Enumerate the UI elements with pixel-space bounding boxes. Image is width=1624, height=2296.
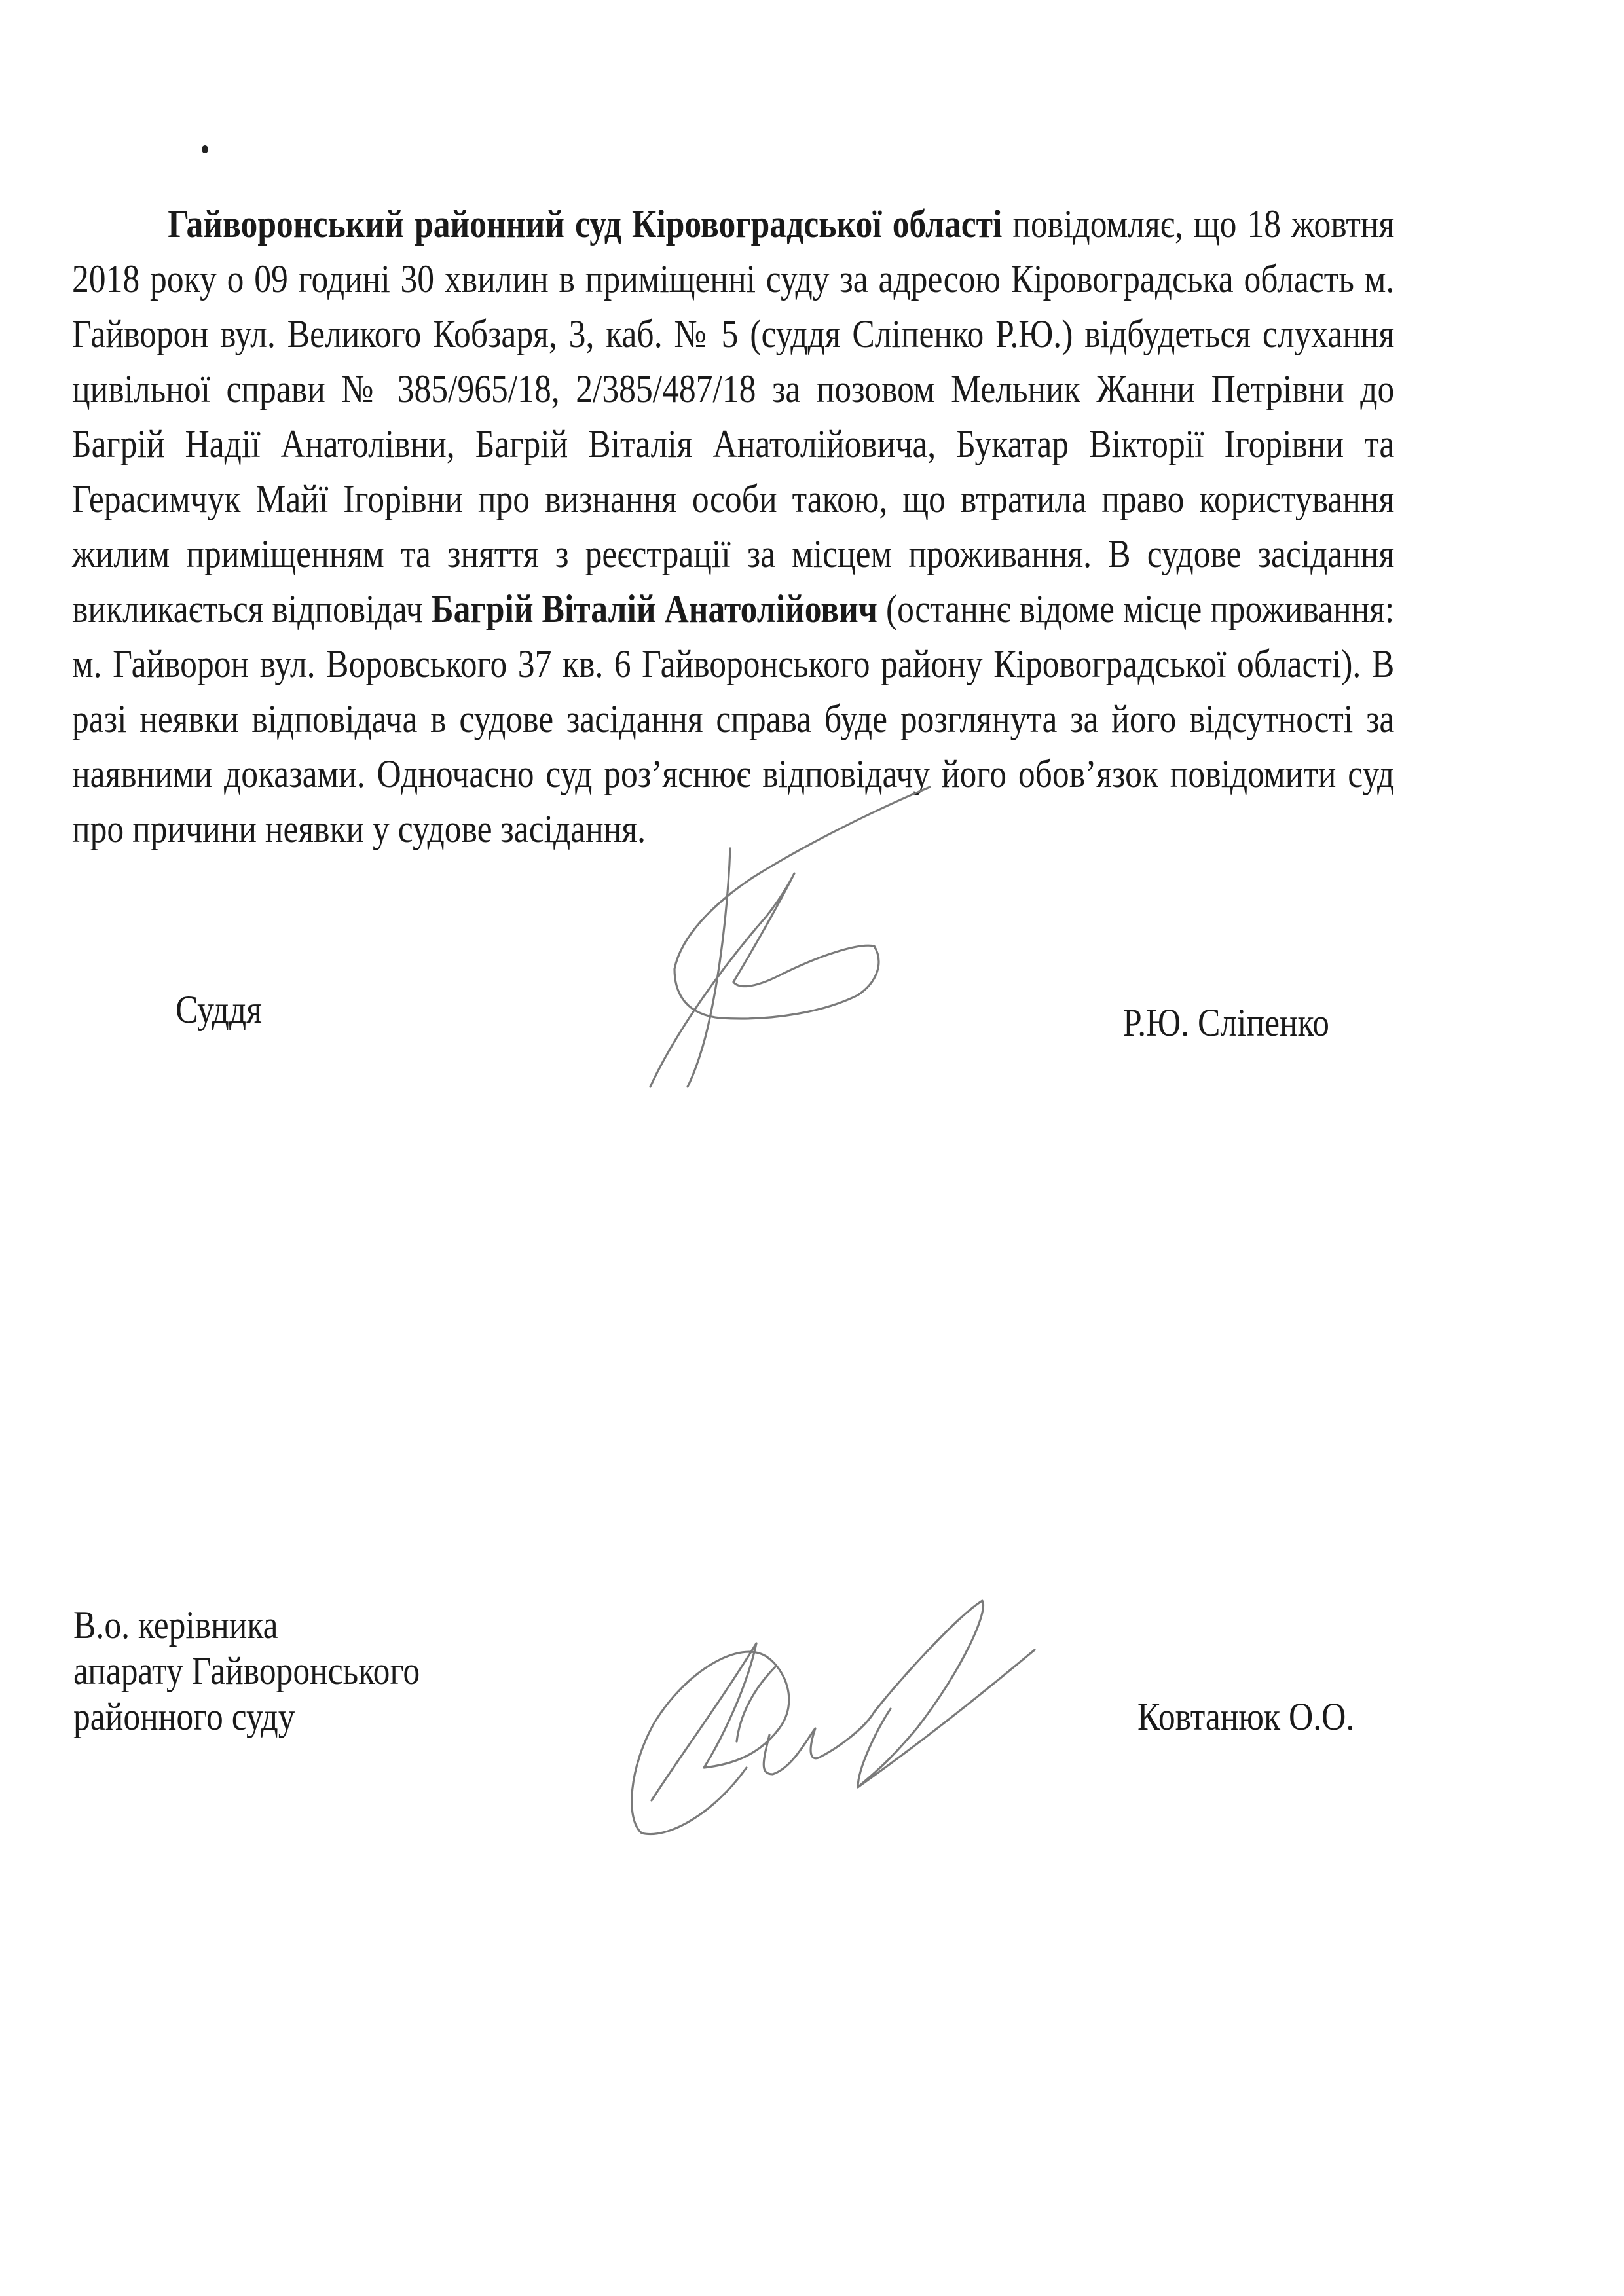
notice-intro-text: повідомляє, що 18 жовтня 2018 року о 09 …	[72, 202, 1394, 630]
court-name: Гайворонський районний суд Кіровоградськ…	[168, 202, 1002, 246]
judge-title: Суддя	[175, 982, 262, 1037]
defendant-name: Багрій Віталій Анатолійович	[431, 587, 877, 630]
head-signature-icon	[589, 1571, 1048, 1899]
scan-speck	[202, 145, 208, 153]
head-name: Ковтанюк О.О.	[1137, 1689, 1354, 1744]
judge-signature-icon	[622, 773, 1048, 1264]
court-notice-paragraph: Гайворонський районний суд Кіровоградськ…	[72, 196, 1394, 856]
judge-name: Р.Ю. Сліпенко	[1123, 995, 1329, 1050]
head-title-line-3: районного суду	[73, 1689, 295, 1744]
